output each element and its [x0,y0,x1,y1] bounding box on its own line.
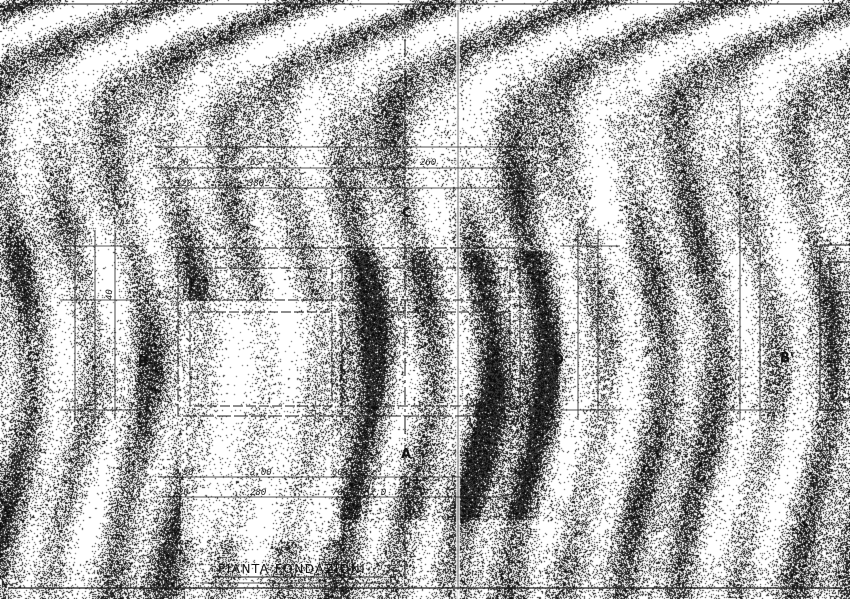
drawing-title-block: PIANTA FONDAZIONI [200,562,400,583]
dim-label: 280 [250,488,266,498]
dim-label: 2070 [510,179,532,189]
top-dimension-labels-row2: 120 380 70 2070 [176,179,532,189]
dim-label: 380 [247,179,264,189]
dim-label: 120 [176,179,192,189]
sheet-border [8,4,842,588]
foundation-beams [190,268,510,406]
section-marker-c: C [402,206,412,221]
foundation-plan: 30 65 30 260 120 380 70 2070 2,50 3,00 6… [0,0,850,599]
dim-label: 70 [332,179,343,189]
dim-label: 260 [420,158,436,168]
scanned-drawing-sheet: 30 65 30 260 120 380 70 2070 2,50 3,00 6… [0,0,850,599]
adjacent-structure-outline [820,245,850,410]
section-marker-b-prime: B' [780,351,794,366]
section-marker-a: A [401,447,411,462]
dim-label: 70 [588,279,598,290]
dim-label: 30 [177,158,189,168]
section-marker-b: B [138,355,148,370]
dim-label: 20 [178,488,189,498]
dim-label: 30 [331,158,343,168]
dim-label: 3,00 [249,468,272,478]
bottom-dimension-lines [158,477,540,497]
dim-label: 60 [332,468,343,478]
dim-label: 65 [250,158,261,168]
dim-label: 2,0 [370,488,386,498]
section-marker-d: D [553,353,564,368]
drawing-title: PIANTA FONDAZIONI [218,562,366,576]
section-markers: C A B D B' [138,206,794,462]
dim-label: 40 [608,289,618,300]
top-dimension-labels-row1: 30 65 30 260 [177,158,436,168]
dim-label: 2,50 [172,468,194,478]
bottom-dimension-labels-row1: 2,50 3,00 60 5,20 [172,468,532,478]
dim-label: 70 [85,269,95,280]
bottom-dimension-labels-row2: 20 280 70 2,0 [178,488,386,498]
dim-label: 5,20 [510,468,532,478]
dim-label: 40 [105,289,115,300]
left-vertical-dimension-lines: 70 40 [60,230,140,420]
dim-label: 70 [332,488,343,498]
top-dimension-lines [155,147,540,188]
right-vertical-dimension-lines: 70 40 [560,100,780,420]
foundation-outer-outline [178,248,520,416]
